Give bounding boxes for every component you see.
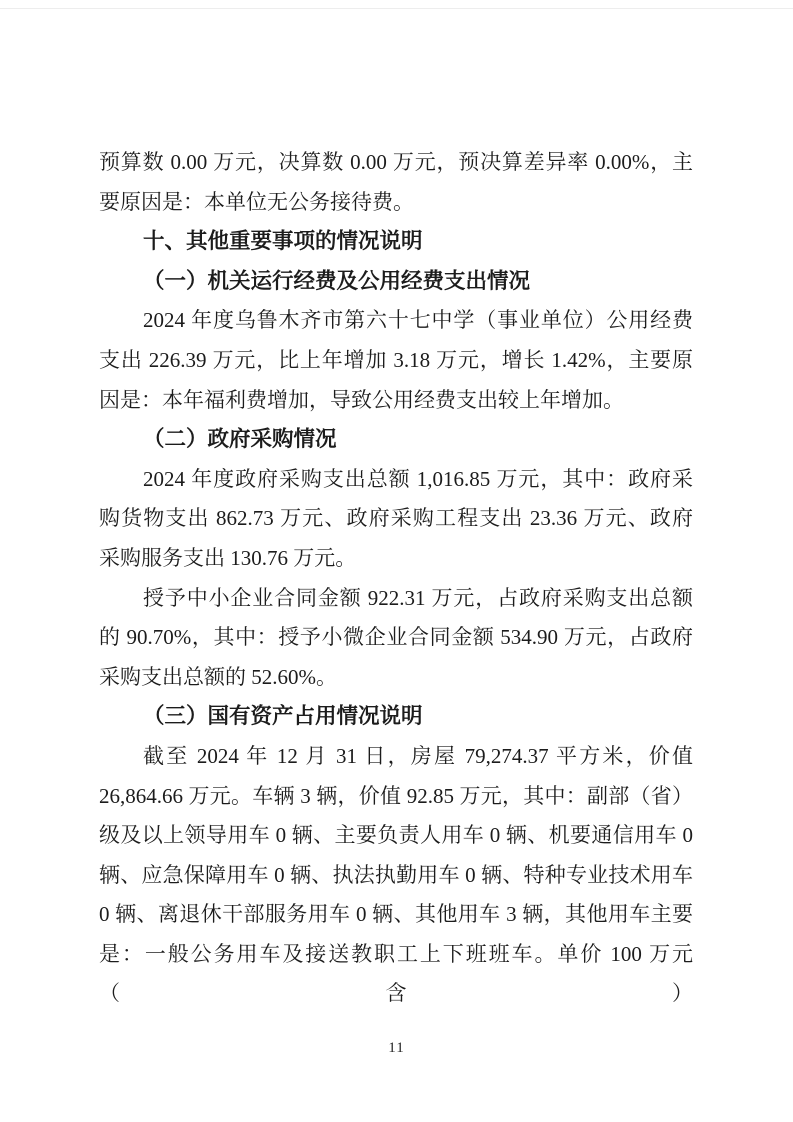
para-state-assets-line-4: 辆、应急保障用车 0 辆、执法执勤用车 0 辆、特种专业技术用车 <box>99 856 693 896</box>
para-state-assets-line-6: 是：一般公务用车及接送教职工上下班班车。单价 100 万元（含） <box>99 935 693 975</box>
heading-government-procurement: （二）政府采购情况 <box>99 420 693 460</box>
para-procurement-spending-line-2: 购货物支出 862.73 万元、政府采购工程支出 23.36 万元、政府 <box>99 499 693 539</box>
para-sme-contracts-line-1: 授予中小企业合同金额 922.31 万元，占政府采购支出总额 <box>99 579 693 619</box>
para-official-reception-line-1: 预算数 0.00 万元，决算数 0.00 万元，预决算差异率 0.00%，主 <box>99 143 693 183</box>
document-page: 预算数 0.00 万元，决算数 0.00 万元，预决算差异率 0.00%，主 要… <box>0 0 793 1122</box>
para-sme-contracts-line-2: 的 90.70%，其中：授予小微企业合同金额 534.90 万元，占政府 <box>99 618 693 658</box>
para-official-reception-line-2: 要原因是：本单位无公务接待费。 <box>99 183 693 223</box>
heading-operating-and-public-expense: （一）机关运行经费及公用经费支出情况 <box>99 262 693 302</box>
para-state-assets-line-5: 0 辆、离退休干部服务用车 0 辆、其他用车 3 辆，其他用车主要 <box>99 895 693 935</box>
para-public-expense-line-2: 支出 226.39 万元，比上年增加 3.18 万元，增长 1.42%，主要原 <box>99 341 693 381</box>
page-number: 11 <box>0 1036 793 1060</box>
heading-state-owned-assets: （三）国有资产占用情况说明 <box>99 697 693 737</box>
para-public-expense-line-3: 因是：本年福利费增加，导致公用经费支出较上年增加。 <box>99 381 693 421</box>
para-public-expense-line-1: 2024 年度乌鲁木齐市第六十七中学（事业单位）公用经费 <box>99 301 693 341</box>
para-state-assets-line-2: 26,864.66 万元。车辆 3 辆，价值 92.85 万元，其中：副部（省） <box>99 777 693 817</box>
para-sme-contracts-line-3: 采购支出总额的 52.60%。 <box>99 658 693 698</box>
document-body: 预算数 0.00 万元，决算数 0.00 万元，预决算差异率 0.00%，主 要… <box>99 143 693 974</box>
para-state-assets-line-1: 截至 2024 年 12 月 31 日，房屋 79,274.37 平方米，价值 <box>99 737 693 777</box>
heading-other-important-matters: 十、其他重要事项的情况说明 <box>99 222 693 262</box>
para-procurement-spending-line-1: 2024 年度政府采购支出总额 1,016.85 万元，其中：政府采 <box>99 460 693 500</box>
page-top-edge <box>0 8 793 9</box>
para-procurement-spending-line-3: 采购服务支出 130.76 万元。 <box>99 539 693 579</box>
para-state-assets-line-3: 级及以上领导用车 0 辆、主要负责人用车 0 辆、机要通信用车 0 <box>99 816 693 856</box>
